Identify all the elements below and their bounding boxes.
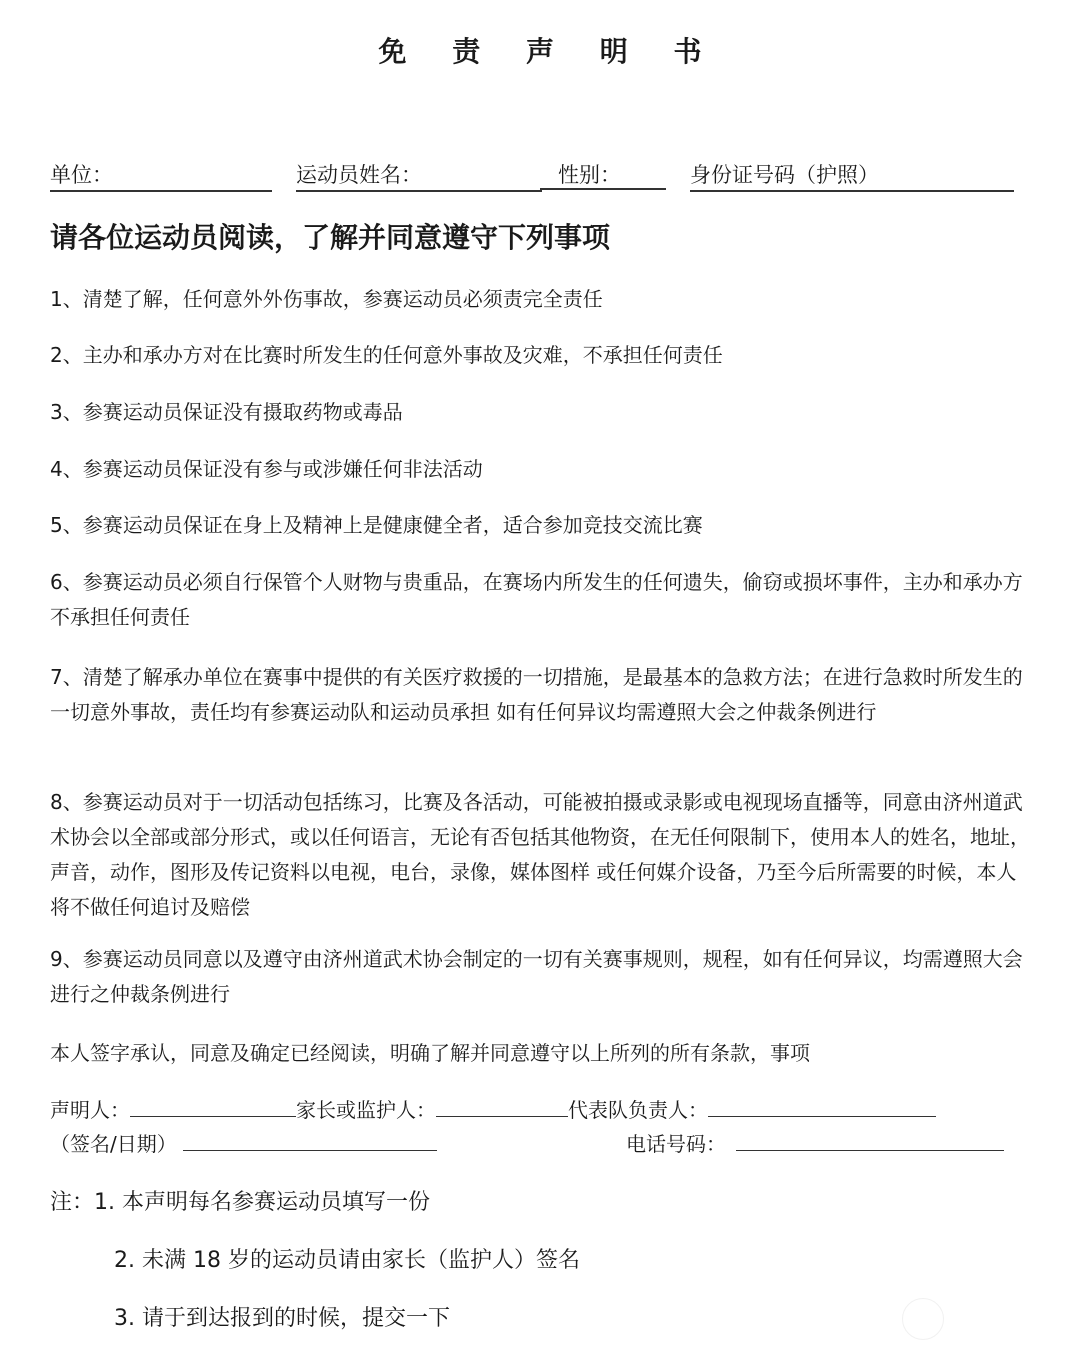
phone-label: 电话号码： bbox=[626, 1132, 726, 1156]
term-item-8: 8、参赛运动员对于一切活动包括练习，比赛及各活动，可能被拍摄或录影或电视现场直播… bbox=[50, 785, 1030, 925]
athlete-name-label: 运动员姓名： bbox=[296, 163, 422, 187]
term-item-2: 2、主办和承办方对在比赛时所发生的任何意外事故及灾难，不承担任何责任 bbox=[50, 338, 1030, 373]
team-leader-label: 代表队负责人： bbox=[568, 1098, 708, 1122]
note-3: 3. 请于到达报到的时候，提交一下 bbox=[114, 1302, 450, 1336]
term-item-3: 3、参赛运动员保证没有摄取药物或毒品 bbox=[50, 395, 1030, 430]
term-item-4: 4、参赛运动员保证没有参与或涉嫌任何非法活动 bbox=[50, 452, 1030, 487]
phone-row: 电话号码： bbox=[626, 1128, 1004, 1160]
term-item-7: 7、清楚了解承办单位在赛事中提供的有关医疗救援的一切措施，是最基本的急救方法；在… bbox=[50, 660, 1030, 730]
unit-label: 单位： bbox=[50, 163, 113, 187]
phone-input[interactable] bbox=[736, 1128, 1004, 1151]
signature-row-2: （签名/日期） bbox=[50, 1128, 437, 1160]
sign-date-input[interactable] bbox=[183, 1128, 437, 1151]
guardian-label: 家长或监护人： bbox=[296, 1098, 436, 1122]
note-2: 2. 未满 18 岁的运动员请由家长（监护人）签名 bbox=[114, 1244, 580, 1278]
sign-date-label: （签名/日期） bbox=[50, 1132, 177, 1156]
term-item-6: 6、参赛运动员必须自行保管个人财物与贵重品，在赛场内所发生的任何遗失，偷窃或损坏… bbox=[50, 565, 1030, 635]
unit-field[interactable]: 单位： bbox=[50, 160, 272, 192]
acknowledgement-text: 本人签字承认，同意及确定已经阅读，明确了解并同意遵守以上所列的所有条款，事项 bbox=[50, 1036, 1030, 1071]
declarant-label: 声明人： bbox=[50, 1098, 130, 1122]
note-prefix: 注： bbox=[50, 1190, 94, 1215]
term-item-5: 5、参赛运动员保证在身上及精神上是健康健全者，适合参加竞技交流比赛 bbox=[50, 508, 1030, 543]
id-number-label: 身份证号码（护照） bbox=[690, 163, 879, 187]
note-1: 注：1. 本声明每名参赛运动员填写一份 bbox=[50, 1186, 430, 1220]
term-item-9: 9、参赛运动员同意以及遵守由济州道武术协会制定的一切有关赛事规则，规程，如有任何… bbox=[50, 942, 1030, 1012]
declarant-input[interactable] bbox=[130, 1094, 296, 1117]
signature-row-1: 声明人：家长或监护人：代表队负责人： bbox=[50, 1094, 936, 1126]
guardian-input[interactable] bbox=[436, 1094, 568, 1117]
team-leader-input[interactable] bbox=[708, 1094, 936, 1117]
id-number-field[interactable]: 身份证号码（护照） bbox=[690, 160, 1014, 192]
term-item-1: 1、清楚了解，任何意外外伤事故，参赛运动员必须责完全责任 bbox=[50, 282, 1030, 317]
athlete-name-field[interactable]: 运动员姓名： bbox=[296, 160, 542, 192]
gender-field[interactable]: 性别： bbox=[540, 160, 666, 190]
gender-label: 性别： bbox=[558, 163, 621, 187]
watermark-icon bbox=[902, 1298, 944, 1340]
intro-heading: 请各位运动员阅读，了解并同意遵守下列事项 bbox=[50, 218, 610, 258]
document-title: 免 责 声 明 书 bbox=[0, 30, 1080, 70]
